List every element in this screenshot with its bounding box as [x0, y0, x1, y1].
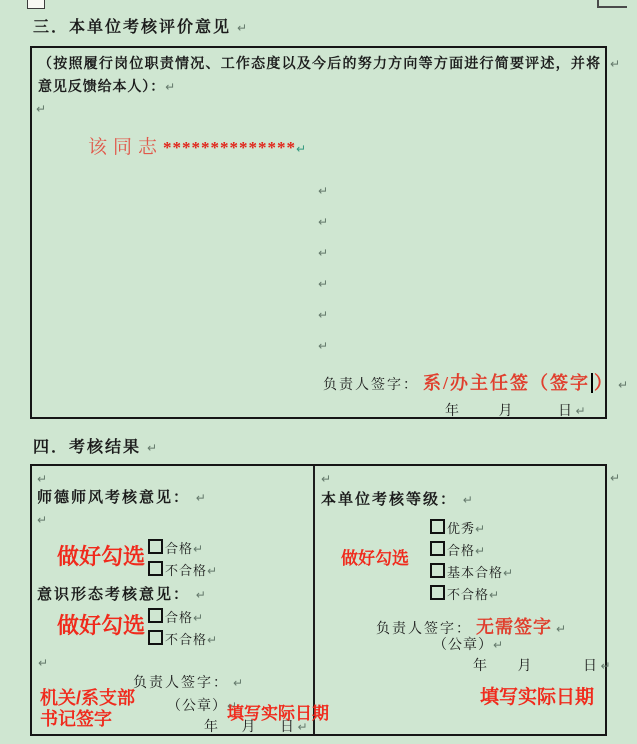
signer-label: 负责人签字： [133, 676, 229, 691]
pilcrow-mark: ↵ [493, 638, 503, 652]
pilcrow-mark: ↵ [318, 331, 328, 362]
pilcrow-mark: ↵ [318, 176, 328, 207]
signer-annotation: 系/办主任签（签字 [423, 373, 590, 393]
pilcrow-mark: ↵ [503, 566, 513, 580]
empty-paragraph-marks: ↵ ↵ ↵ ↵ ↵ ↵ [318, 176, 328, 362]
grade-check-annotation: 做好勾选 [341, 544, 409, 569]
date-day-label: 日 [558, 404, 572, 419]
checkbox-icon[interactable] [430, 519, 445, 534]
pilcrow-mark: ↵ [610, 471, 620, 485]
checkbox-label: 合格 [165, 610, 193, 625]
checkbox-icon[interactable] [148, 539, 163, 554]
pilcrow-mark: ↵ [489, 588, 499, 602]
right-date-row: 年 月 日 ↵ [473, 655, 611, 675]
seal-text: （公章） [433, 638, 493, 653]
checkbox-icon[interactable] [430, 563, 445, 578]
checkbox-label: 合格 [165, 541, 193, 556]
results-table: ↵ 师德师风考核意见： ↵ ↵ 做好勾选 合格↵ 不合格↵ 意识形态考核意见： … [30, 464, 607, 736]
date-month-label: 月 [518, 659, 532, 674]
grade-option-fail: 不合格↵ [430, 584, 499, 603]
pilcrow-empty-line: ↵ [37, 511, 47, 529]
teacher-ethics-title-text: 师德师风考核意见： [37, 490, 190, 506]
evaluation-box: （按照履行岗位职责情况、工作态度以及今后的努力方向等方面进行简要评述，并将意见反… [30, 46, 607, 419]
pilcrow-outside-table: ↵ [610, 469, 620, 487]
ethics-check-annotation: 做好勾选 [57, 540, 145, 571]
pilcrow-mark: ↵ [601, 659, 611, 673]
unit-grade-title-text: 本单位考核等级： [321, 492, 457, 508]
pilcrow-mark: ↵ [207, 633, 217, 647]
seal-text: （公章） [167, 699, 227, 714]
checkbox-icon[interactable] [148, 561, 163, 576]
pilcrow-mark: ↵ [576, 404, 586, 418]
pilcrow-empty-line: ↵ [321, 470, 331, 488]
checkbox-label: 基本合格 [447, 565, 503, 580]
pilcrow-mark: ↵ [318, 238, 328, 269]
pilcrow-mark: ↵ [618, 378, 628, 392]
unit-signer-row: 负责人签字： 系/办主任签（签字） ↵ [323, 369, 628, 395]
pilcrow-mark: ↵ [196, 491, 206, 505]
checkbox-label: 不合格 [165, 632, 207, 647]
pilcrow-mark: ↵ [237, 21, 247, 35]
pilcrow-mark: ↵ [318, 300, 328, 331]
pilcrow-outside-box: ↵ [610, 55, 620, 73]
pilcrow-mark: ↵ [193, 611, 203, 625]
left-signer-row: 负责人签字： ↵ [133, 672, 243, 692]
section3-heading-text: 三．本单位考核评价意见 [33, 19, 231, 36]
signer-label: 负责人签字： [323, 378, 419, 393]
checkbox-icon[interactable] [430, 541, 445, 556]
cutoff-table-corner-left [27, 0, 45, 9]
section4-heading-text: 四．考核结果 [33, 439, 141, 456]
pilcrow-mark: ↵ [298, 720, 308, 734]
pilcrow-mark: ↵ [196, 588, 206, 602]
evaluation-instructions: （按照履行岗位职责情况、工作态度以及今后的努力方向等方面进行简要评述，并将意见反… [38, 53, 601, 99]
unit-date-row: 年 月 日 ↵ [445, 400, 586, 420]
comment-prefix: 该同志 [88, 137, 163, 158]
section4-heading: 四．考核结果 ↵ [33, 434, 157, 457]
signer-annotation-close: ） [594, 373, 614, 393]
pilcrow-mark: ↵ [475, 544, 485, 558]
ideology-title: 意识形态考核意见： ↵ [37, 583, 206, 604]
checkbox-label: 不合格 [447, 587, 489, 602]
pilcrow-mark: ↵ [318, 269, 328, 300]
unit-grade-title: 本单位考核等级： ↵ [321, 488, 473, 509]
pilcrow-mark: ↵ [36, 102, 46, 116]
right-seal-label: （公章）↵ [433, 634, 503, 654]
pilcrow-mark: ↵ [193, 542, 203, 556]
pilcrow-mark: ↵ [318, 207, 328, 238]
ideology-check-annotation: 做好勾选 [57, 609, 145, 640]
pilcrow-mark: ↵ [38, 656, 48, 670]
evaluation-instructions-text: （按照履行岗位职责情况、工作态度以及今后的努力方向等方面进行简要评述，并将意见反… [38, 57, 601, 95]
table-column-divider [313, 466, 315, 734]
ideology-title-text: 意识形态考核意见： [37, 587, 190, 603]
grade-option-basic-pass: 基本合格↵ [430, 562, 513, 581]
pilcrow-mark: ↵ [207, 564, 217, 578]
pilcrow-mark: ↵ [37, 513, 47, 527]
pilcrow-mark: ↵ [147, 441, 157, 455]
checkbox-icon[interactable] [430, 585, 445, 600]
pilcrow-mark: ↵ [165, 80, 175, 94]
date-month-label: 月 [499, 404, 513, 419]
ethics-option-fail: 不合格↵ [148, 560, 217, 579]
left-date-row: 年 月 日 ↵ [204, 716, 308, 736]
checkbox-label: 不合格 [165, 563, 207, 578]
pilcrow-mark: ↵ [233, 676, 243, 690]
pilcrow-mark: ↵ [475, 522, 485, 536]
document-page: 三．本单位考核评价意见 ↵ （按照履行岗位职责情况、工作态度以及今后的努力方向等… [0, 0, 637, 744]
checkbox-icon[interactable] [148, 630, 163, 645]
right-date-annotation: 填写实际日期 [480, 682, 594, 709]
cutoff-table-corner-right [597, 0, 627, 8]
date-year-label: 年 [204, 720, 218, 735]
ideology-option-fail: 不合格↵ [148, 629, 217, 648]
pilcrow-mark: ↵ [610, 57, 620, 71]
checkbox-icon[interactable] [148, 608, 163, 623]
grade-option-pass: 合格↵ [430, 540, 485, 559]
text-cursor [591, 373, 593, 393]
pilcrow-mark: ↵ [296, 142, 306, 156]
evaluation-comment[interactable]: 该同志**************↵ [88, 132, 306, 159]
date-day-label: 日 [280, 720, 294, 735]
checkbox-label: 优秀 [447, 521, 475, 536]
pilcrow-empty-line: ↵ [38, 654, 48, 672]
pilcrow-mark: ↵ [463, 493, 473, 507]
pilcrow-mark: ↵ [556, 622, 566, 636]
comment-placeholder-stars: ************** [163, 138, 296, 157]
date-year-label: 年 [473, 659, 487, 674]
ideology-option-pass: 合格↵ [148, 607, 203, 626]
date-day-label: 日 [583, 659, 597, 674]
branch-secretary-annotation-line2: 书记签字 [40, 705, 112, 731]
teacher-ethics-title: 师德师风考核意见： ↵ [37, 486, 206, 507]
pilcrow-mark: ↵ [37, 472, 47, 486]
pilcrow-mark: ↵ [321, 472, 331, 486]
date-month-label: 月 [242, 720, 256, 735]
date-year-label: 年 [445, 404, 459, 419]
ethics-option-pass: 合格↵ [148, 538, 203, 557]
checkbox-label: 合格 [447, 543, 475, 558]
section3-heading: 三．本单位考核评价意见 ↵ [33, 14, 247, 37]
grade-option-excellent: 优秀↵ [430, 518, 485, 537]
pilcrow-empty-line: ↵ [36, 100, 46, 118]
